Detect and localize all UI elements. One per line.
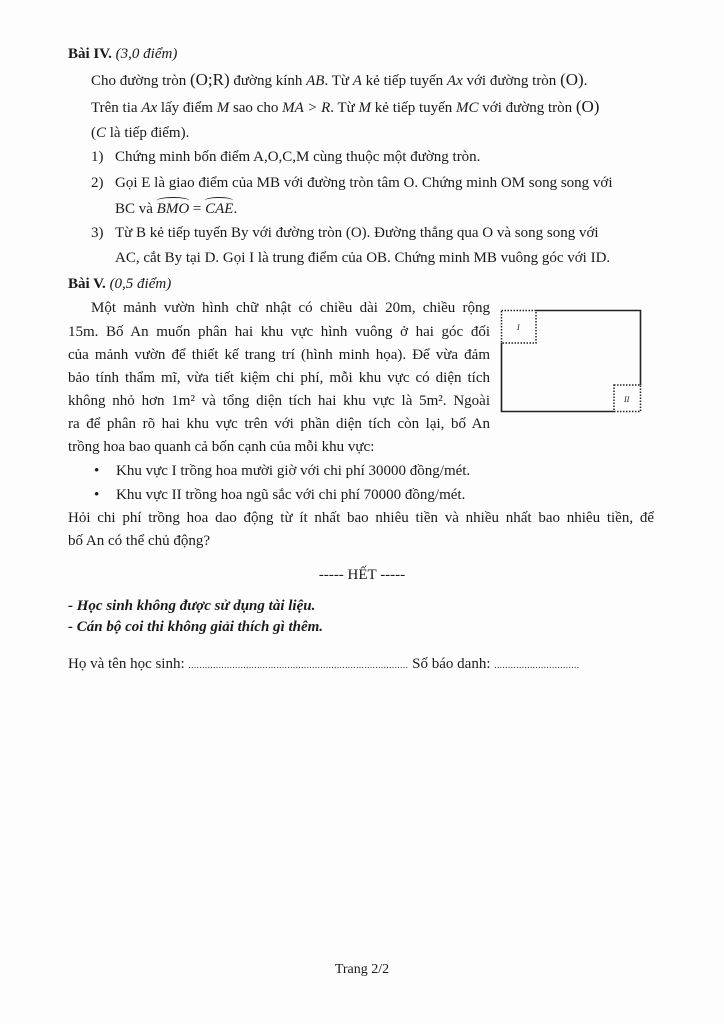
bai5-heading: Bài V. (0,5 điểm) <box>68 275 171 293</box>
bai4-title: Bài IV. <box>68 46 112 62</box>
item-text: AC, cắt By tại D. Gọi I là trung điểm củ… <box>115 250 610 266</box>
item-text: Gọi E là giao điểm của MB với đường tròn… <box>115 175 613 191</box>
bai5-para-line-2: 15m. Bố An muốn phân hai khu vực hình vu… <box>68 323 490 341</box>
angle-cae: CAE <box>205 200 233 218</box>
bai5-para-line-4: bảo tính thẩm mĩ, vừa tiết kiệm chi phí,… <box>68 369 490 387</box>
angle-bmo: BMO <box>157 200 190 218</box>
bai4-item-3-line-2: AC, cắt By tại D. Gọi I là trung điểm củ… <box>115 249 610 267</box>
bai5-question-line-2: bố An có thể chủ động? <box>68 532 210 550</box>
bullet-icon: • <box>94 462 116 480</box>
region-1-label: I <box>516 323 520 332</box>
bai5-para-line-5: không nhỏ hơn 1m² và tổng diện tích hai … <box>68 392 490 410</box>
student-id-label: Số báo danh: <box>412 656 490 672</box>
item-number: 2) <box>91 174 115 192</box>
bai4-item-3-line-1: 3)Từ B kẻ tiếp tuyến By với đường tròn (… <box>91 224 599 242</box>
student-name-field: ........................................… <box>188 660 408 670</box>
bai4-heading: Bài IV. (3,0 điểm) <box>68 45 177 63</box>
bai4-intro-line-1: Cho đường tròn (O;R) đường kính AB. Từ A… <box>91 71 587 90</box>
note-2: - Cán bộ coi thi không giải thích gì thê… <box>68 618 323 636</box>
student-id-field: ............................... <box>494 660 579 670</box>
bai4-item-2-line-2: BC và BMO = CAE. <box>115 200 237 218</box>
student-info-line: Họ và tên học sinh: ....................… <box>68 655 579 674</box>
bai5-para-line-6: ra để phân rõ hai khu vực trên với phần … <box>68 415 490 433</box>
bai5-bullet-2: •Khu vực II trồng hoa ngũ sắc với chi ph… <box>94 486 465 504</box>
bai5-points: (0,5 điểm) <box>110 276 172 292</box>
bullet-text: Khu vực II trồng hoa ngũ sắc với chi phí… <box>116 487 465 503</box>
region-2-label: II <box>623 395 630 404</box>
garden-border-bottom-left <box>502 343 615 412</box>
bai4-item-1: 1)Chứng minh bốn điểm A,O,C,M cùng thuộc… <box>91 148 480 166</box>
item-text: Chứng minh bốn điểm A,O,C,M cùng thuộc m… <box>115 149 480 165</box>
note-1: - Học sinh không được sử dụng tài liệu. <box>68 597 315 615</box>
bai4-intro-line-3: (C là tiếp điểm). <box>91 124 189 142</box>
bai5-para-line-1: Một mảnh vườn hình chữ nhật có chiều dài… <box>91 299 490 317</box>
student-name-label: Họ và tên học sinh: <box>68 656 185 672</box>
bai5-bullet-1: •Khu vực I trồng hoa mười giờ với chi ph… <box>94 462 470 480</box>
bai4-points: (3,0 điểm) <box>116 46 178 62</box>
item-number: 1) <box>91 148 115 166</box>
bai4-item-2-line-1: 2)Gọi E là giao điểm của MB với đường tr… <box>91 174 613 192</box>
item-number: 3) <box>91 224 115 242</box>
bai5-title: Bài V. <box>68 276 106 292</box>
bai5-question-line-1: Hỏi chi phí trồng hoa dao động từ ít nhấ… <box>68 509 654 527</box>
end-marker: ----- HẾT ----- <box>0 566 724 584</box>
bullet-icon: • <box>94 486 116 504</box>
bai5-para-line-3: của mảnh vườn để thiết kế trang trí (hìn… <box>68 346 490 364</box>
garden-border-top-right <box>536 311 641 386</box>
bai4-intro-line-2: Trên tia Ax lấy điểm M sao cho MA > R. T… <box>91 98 599 117</box>
item-text: Từ B kẻ tiếp tuyến By với đường tròn (O)… <box>115 225 599 241</box>
exam-page: Bài IV. (3,0 điểm) Cho đường tròn (O;R) … <box>0 0 724 1024</box>
page-number: Trang 2/2 <box>0 962 724 978</box>
bai5-para-line-7: trồng hoa bao quanh cả bốn cạnh của mỗi … <box>68 438 374 456</box>
garden-diagram: I II <box>500 309 642 413</box>
bullet-text: Khu vực I trồng hoa mười giờ với chi phí… <box>116 463 470 479</box>
